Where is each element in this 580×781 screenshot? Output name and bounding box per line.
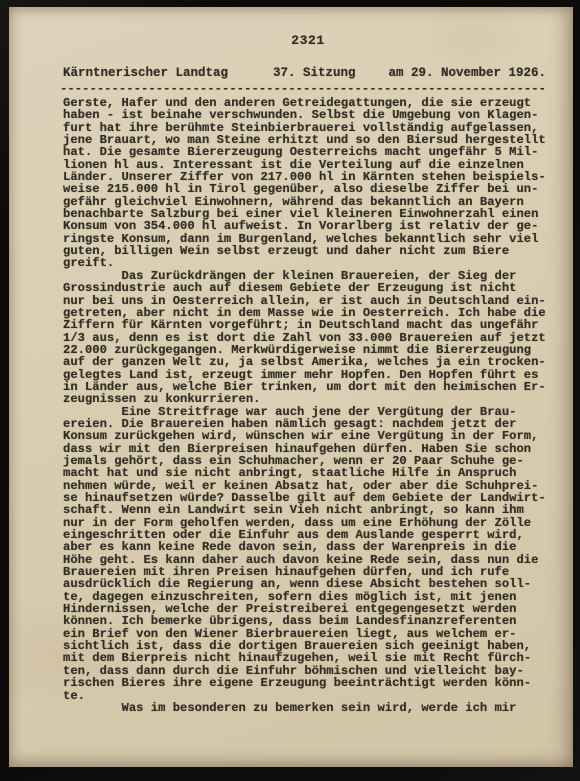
header-session-date: am 29. November 1926. [388,66,546,81]
page-number: 2321 [9,34,573,48]
document-page: 2321 Kärntnerischer Landtag 37. Sitzung … [9,7,573,767]
session-header: Kärntnerischer Landtag 37. Sitzung am 29… [63,66,546,81]
scan-background: 2321 Kärntnerischer Landtag 37. Sitzung … [0,0,580,781]
header-session-number: 37. Sitzung [273,66,356,81]
speech-transcript-text: Gerste, Hafer und den anderen Getreidega… [63,97,546,714]
header-divider-dashes: ----------------------------------------… [60,82,560,96]
header-parliament-title: Kärntnerischer Landtag [63,66,228,81]
